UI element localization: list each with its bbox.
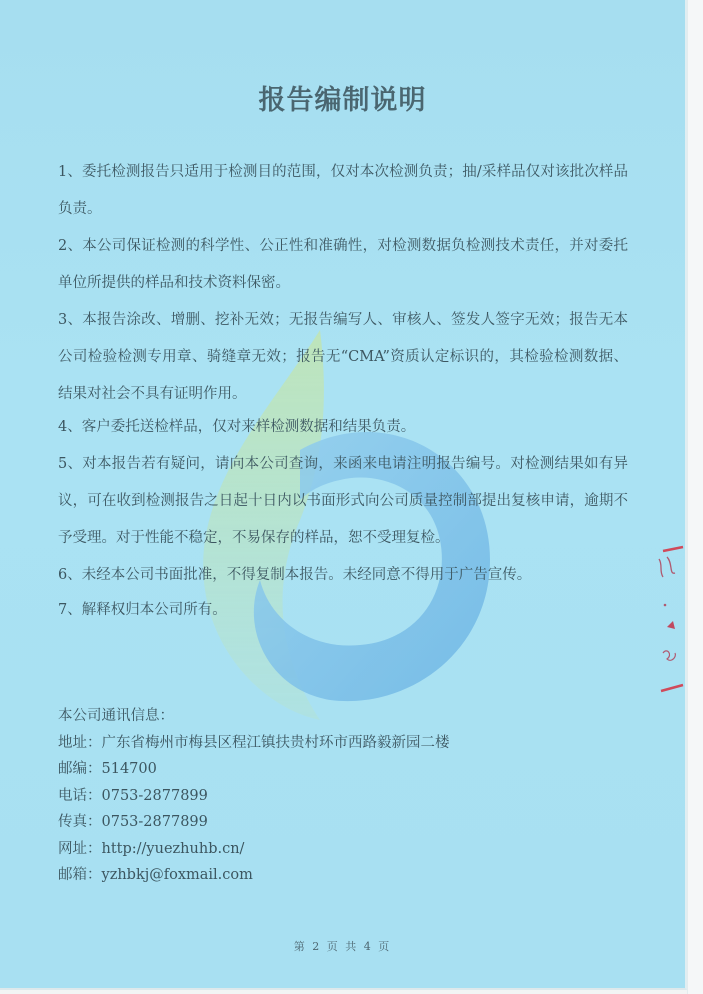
document-title: 报告编制说明 <box>0 78 685 117</box>
clause-4: 4、客户委托送检样品，仅对来样检测数据和结果负责。 <box>58 409 628 446</box>
contact-phone: 电话：0753-2877899 <box>58 783 450 810</box>
page-indicator: 第 2 页 共 4 页 <box>0 938 685 954</box>
seam-stamp-fragment-icon <box>655 545 685 695</box>
clause-3: 3、本报告涂改、增删、挖补无效；无报告编写人、审核人、签发人签字无效；报告无本公… <box>58 302 628 413</box>
clause-5: 5、对本报告若有疑问，请向本公司查询，来函来电请注明报告编号。对检测结果如有异议… <box>58 446 628 557</box>
clause-1: 1、委托检测报告只适用于检测目的范围，仅对本次检测负责；抽/采样品仅对该批次样品… <box>58 154 628 228</box>
contact-address: 地址：广东省梅州市梅县区程江镇扶贵村环市西路毅新园二楼 <box>58 730 450 757</box>
clause-2: 2、本公司保证检测的科学性、公正性和准确性，对检测数据负检测技术责任，并对委托单… <box>58 228 628 302</box>
clause-7: 7、解释权归本公司所有。 <box>58 592 628 629</box>
contact-website: 网址：http://yuezhuhb.cn/ <box>58 836 450 863</box>
document-page: 报告编制说明 1、委托检测报告只适用于检测目的范围，仅对本次检测负责；抽/采样品… <box>0 0 687 990</box>
contact-heading: 本公司通讯信息： <box>58 703 450 730</box>
clause-6: 6、未经本公司书面批准，不得复制本报告。未经同意不得用于广告宣传。 <box>58 557 628 594</box>
contact-info: 本公司通讯信息： 地址：广东省梅州市梅县区程江镇扶贵村环市西路毅新园二楼 邮编：… <box>58 703 450 889</box>
page-edge-strip <box>687 0 703 994</box>
contact-postcode: 邮编：514700 <box>58 756 450 783</box>
contact-fax: 传真：0753-2877899 <box>58 809 450 836</box>
contact-email: 邮箱：yzhbkj@foxmail.com <box>58 862 450 889</box>
